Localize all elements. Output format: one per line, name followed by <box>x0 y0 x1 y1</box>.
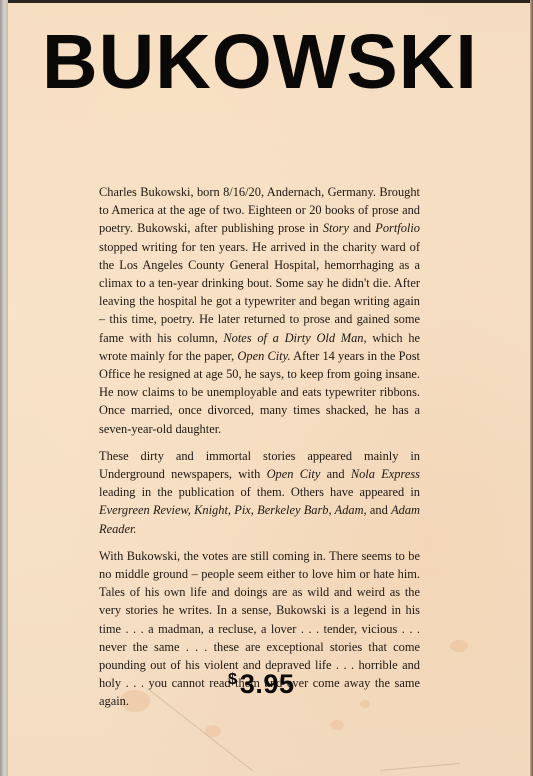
italic-title-run: Nola Express <box>351 467 420 481</box>
top-edge-shadow <box>0 0 533 3</box>
italic-title-run: Open City. <box>237 349 290 363</box>
spine-edge <box>0 0 8 776</box>
italic-title-run: Open City <box>267 467 321 481</box>
italic-title-run: Evergreen Review, Knight, Pix, Berkeley … <box>99 503 367 517</box>
text-run: and <box>367 503 391 517</box>
paper-crease <box>380 763 460 771</box>
italic-title-run: Story <box>323 221 349 235</box>
back-cover-blurb: Charles Bukowski, born 8/16/20, Andernac… <box>99 183 420 720</box>
dollar-sign: $ <box>228 671 237 688</box>
paper-stain <box>330 720 344 730</box>
blurb-paragraph-biography: Charles Bukowski, born 8/16/20, Andernac… <box>99 183 420 438</box>
blurb-paragraph-publications: These dirty and immortal stories appeare… <box>99 447 420 538</box>
italic-title-run: Portfolio <box>375 221 420 235</box>
price-amount: 3.95 <box>240 669 295 699</box>
text-run: leading in the publica­tion of them. Oth… <box>99 485 420 499</box>
italic-title-run: Notes of a Dirty Old Man <box>223 331 363 345</box>
paper-stain <box>450 640 468 652</box>
author-title: BUKOWSKI <box>42 22 532 102</box>
text-run: stopped writing for ten years. He arrive… <box>99 240 420 345</box>
text-run: and <box>320 467 350 481</box>
text-run: and <box>349 221 375 235</box>
price-tag: $3.95 <box>228 669 294 700</box>
book-back-cover: BUKOWSKI Charles Bukowski, born 8/16/20,… <box>0 0 533 776</box>
